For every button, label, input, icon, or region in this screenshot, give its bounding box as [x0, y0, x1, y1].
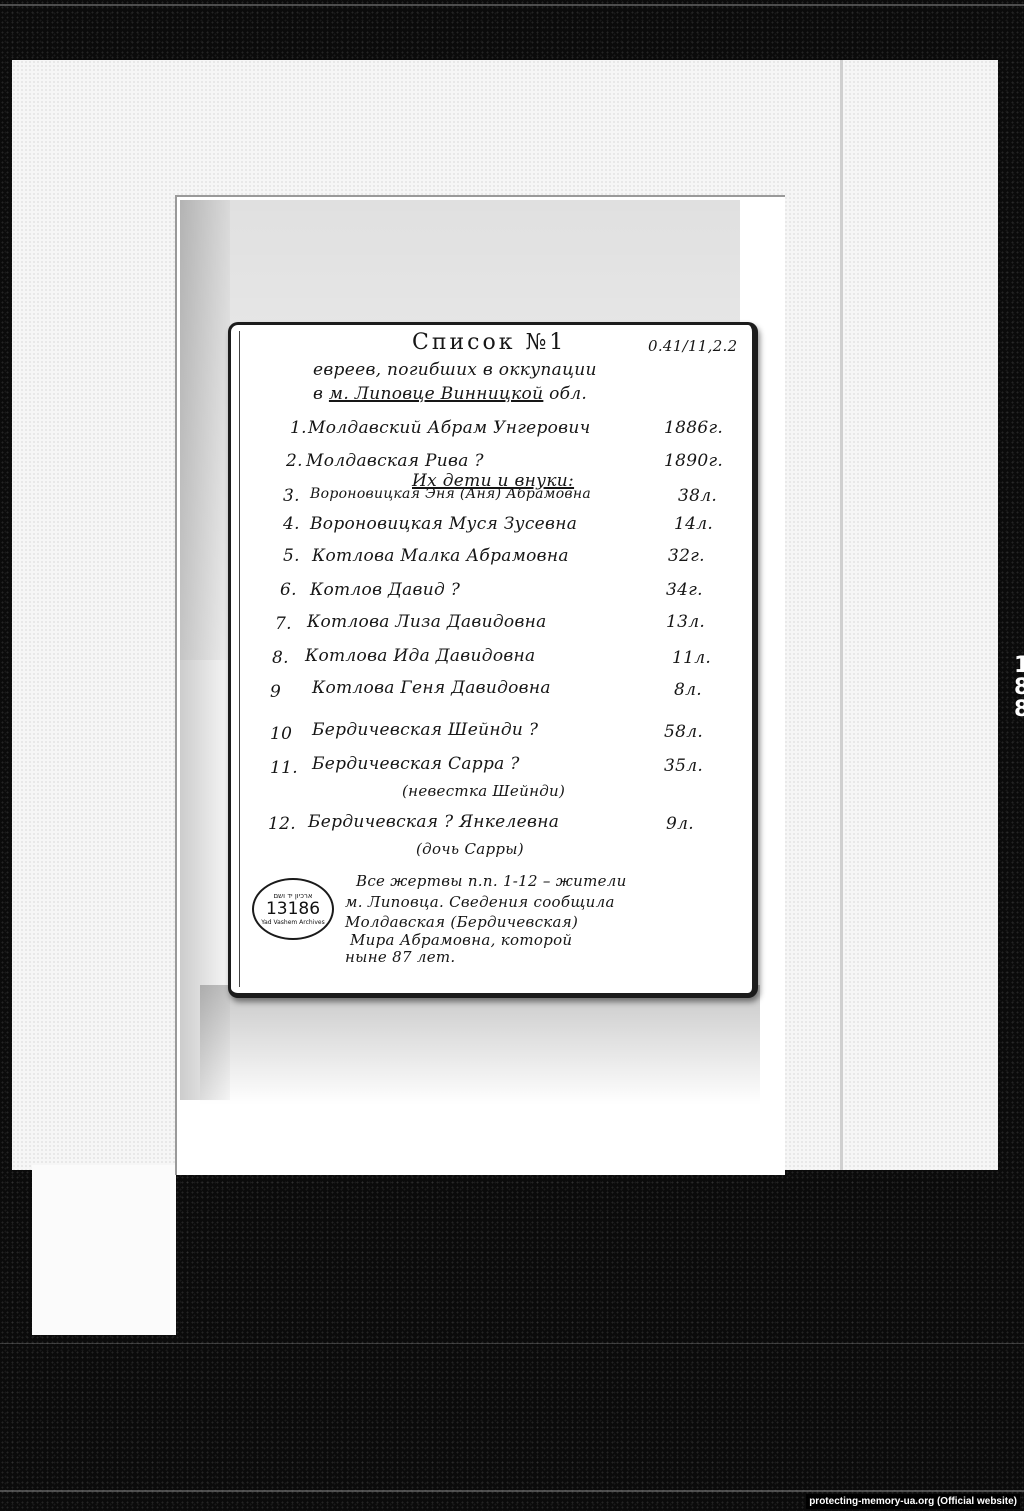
footnote-line-3: Молдавская (Бердичевская): [345, 913, 578, 931]
entry-6-age: 34г.: [666, 580, 703, 600]
entry-1-age: 1886г.: [664, 418, 723, 438]
entry-3-age: 38л.: [678, 486, 717, 506]
entry-2-age: 1890г.: [664, 451, 723, 471]
heading-line-1: евреев, погибших в оккупации: [313, 360, 597, 380]
scan-line-bottom: [0, 1490, 1024, 1492]
entry-8-name: Котлова Ида Давидовна: [305, 646, 535, 666]
heading-place: м. Липовце Винницкой: [329, 384, 543, 404]
document-title: Список №1: [412, 330, 566, 355]
entry-7-number: 7.: [275, 614, 292, 634]
entry-12-name: Бердичевская ? Янкелевна: [308, 812, 559, 832]
heading-suffix: обл.: [549, 384, 587, 404]
entry-5-age: 32г.: [668, 546, 705, 566]
entry-6-name: Котлов Давид ?: [310, 580, 460, 600]
entry-4-number: 4.: [283, 514, 300, 534]
scan-line-top: [0, 4, 1024, 6]
entry-4-age: 14л.: [674, 514, 713, 534]
entry-12-note: (дочь Сарры): [416, 840, 524, 858]
image-credit: protecting-memory-ua.org (Official websi…: [806, 1494, 1020, 1509]
entry-10-age: 58л.: [664, 722, 703, 742]
archive-stamp: ארכיון יד ושם 13186 Yad Vashem Archives: [252, 878, 334, 940]
footnote-line-5: ныне 87 лет.: [345, 948, 456, 966]
entry-2-name: Молдавская Рива ?: [306, 451, 484, 471]
entry-3-number: 3.: [283, 486, 300, 506]
entry-2-number: 2.: [286, 451, 303, 471]
entry-11-note: (невестка Шейнди): [402, 782, 565, 800]
entry-1-name: Молдавский Абрам Унгерович: [308, 418, 590, 438]
entry-8-number: 8.: [272, 648, 289, 668]
entry-3-name: Вороновицкая Эня (Аня) Абрамовна: [310, 486, 591, 502]
entry-12-number: 12.: [268, 814, 296, 834]
outer-sheet-tab: [32, 1165, 176, 1335]
entry-4-name: Вороновицкая Муся Зусевна: [310, 514, 577, 534]
card-margin-rule: [239, 331, 240, 987]
entry-6-number: 6.: [280, 580, 297, 600]
entry-11-name: Бердичевская Сарра ?: [312, 754, 520, 774]
entry-1-number: 1.: [290, 418, 307, 438]
heading-prefix: в: [313, 384, 323, 404]
entry-12-age: 9л.: [666, 814, 694, 834]
entry-7-age: 13л.: [666, 612, 705, 632]
stamp-number: 13186: [266, 900, 320, 919]
entry-5-number: 5.: [283, 546, 300, 566]
entry-7-name: Котлова Лиза Давидовна: [307, 612, 547, 632]
footnote-line-1: Все жертвы п.п. 1-12 – жители: [356, 872, 627, 890]
entry-10-name: Бердичевская Шейнди ?: [312, 720, 538, 740]
sheet-right-fold: [840, 60, 843, 1170]
entry-9-age: 8л.: [674, 680, 702, 700]
edge-cropped-digits: 1 8 8: [1014, 655, 1024, 721]
heading-line-2: в м. Липовце Винницкой обл.: [313, 384, 587, 404]
footnote-line-4: Мира Абрамовна, которой: [350, 931, 572, 949]
entry-10-number: 10: [270, 724, 292, 744]
entry-9-number: 9: [270, 682, 281, 702]
entry-9-name: Котлова Геня Давидовна: [312, 678, 551, 698]
entry-11-number: 11.: [270, 758, 298, 778]
entry-8-age: 11л.: [672, 648, 711, 668]
stamp-latin-text: Yad Vashem Archives: [261, 919, 325, 926]
entry-5-name: Котлова Малка Абрамовна: [312, 546, 569, 566]
card-shadow-bottom: [200, 985, 760, 1105]
scan-line-mid: [0, 1343, 1024, 1344]
archive-reference: 0.41/11,2.2: [648, 337, 737, 355]
footnote-line-2: м. Липовца. Сведения сообщила: [345, 893, 615, 911]
entry-11-age: 35л.: [664, 756, 703, 776]
